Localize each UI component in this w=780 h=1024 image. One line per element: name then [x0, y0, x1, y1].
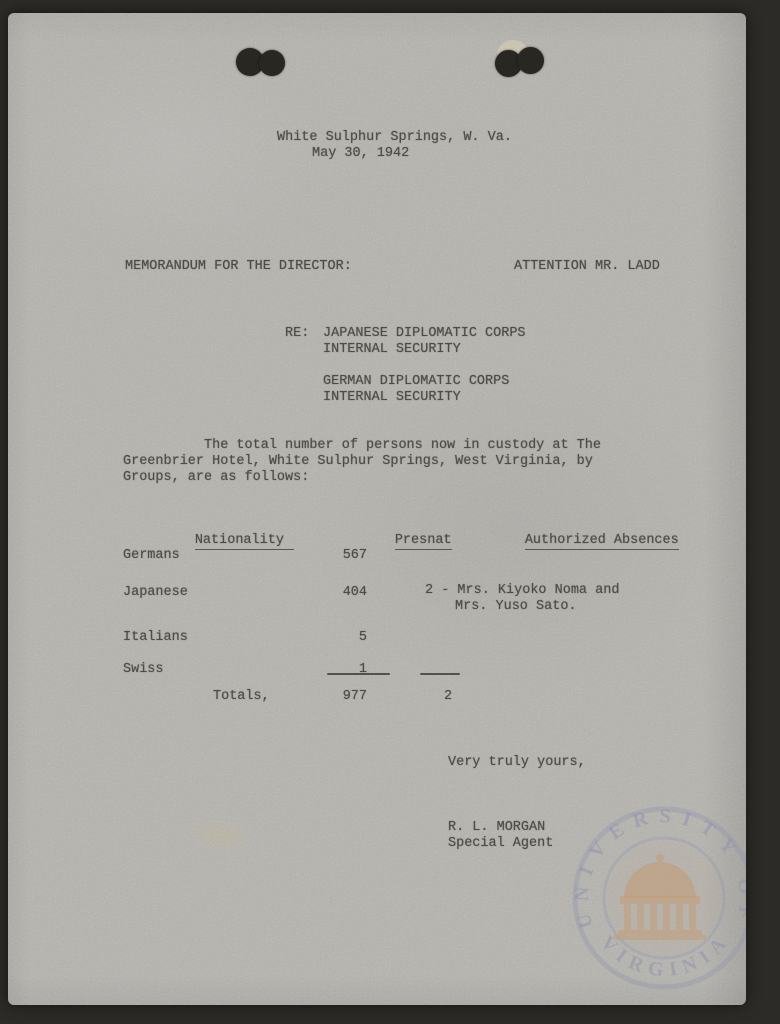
signature-name: R. L. MORGAN [448, 820, 545, 836]
re-subject-german-security: INTERNAL SECURITY [323, 390, 461, 406]
totals-rule-absences [420, 673, 460, 675]
totals-present: 977 [297, 689, 367, 705]
university-of-virginia-seal: UNIVERSITY OF VIRGINIA [554, 788, 746, 1005]
signature-title: Special Agent [448, 836, 553, 852]
memo-heading: MEMORANDUM FOR THE DIRECTOR: [125, 259, 352, 275]
memo-page: White Sulphur Springs, W. Va. May 30, 19… [8, 13, 746, 1005]
re-subject-german-corps: GERMAN DIPLOMATIC CORPS [323, 374, 509, 390]
punch-hole-icon [517, 47, 544, 74]
table-row-present: 567 [297, 548, 367, 564]
table-row-present: 5 [297, 630, 367, 646]
table-row-present: 404 [297, 585, 367, 601]
column-header-label: Presnat [395, 533, 452, 550]
re-subject-japanese-security: INTERNAL SECURITY [323, 342, 461, 358]
attention-heading: ATTENTION MR. LADD [514, 259, 660, 275]
table-row-absences-line2: Mrs. Yuso Sato. [455, 599, 577, 615]
body-paragraph: The total number of persons now in custo… [123, 438, 643, 486]
table-row-nationality: Italians [123, 630, 188, 646]
totals-rule-present [327, 673, 390, 675]
table-row-nationality: Japanese [123, 585, 188, 601]
scan-background: White Sulphur Springs, W. Va. May 30, 19… [0, 0, 780, 1024]
column-header-absences: Authorized Absences [460, 517, 679, 566]
table-row-present: 1 [297, 662, 367, 678]
dateline-location: White Sulphur Springs, W. Va. [277, 130, 512, 146]
table-row-absences-line1: 2 - Mrs. Kiyoko Noma and [425, 583, 619, 599]
totals-label: Totals, [213, 689, 270, 705]
dateline-date: May 30, 1942 [312, 146, 409, 162]
totals-absences: 2 [444, 689, 452, 705]
punch-hole-icon [259, 50, 285, 76]
re-subject-japanese-corps: JAPANESE DIPLOMATIC CORPS [323, 326, 526, 342]
table-row-nationality: Swiss [123, 662, 164, 678]
valediction: Very truly yours, [448, 755, 586, 771]
table-row-nationality: Germans [123, 548, 180, 564]
re-label: RE: [285, 326, 309, 342]
column-header-label: Authorized Absences [525, 533, 679, 550]
column-header-label: Nationality [195, 533, 294, 550]
